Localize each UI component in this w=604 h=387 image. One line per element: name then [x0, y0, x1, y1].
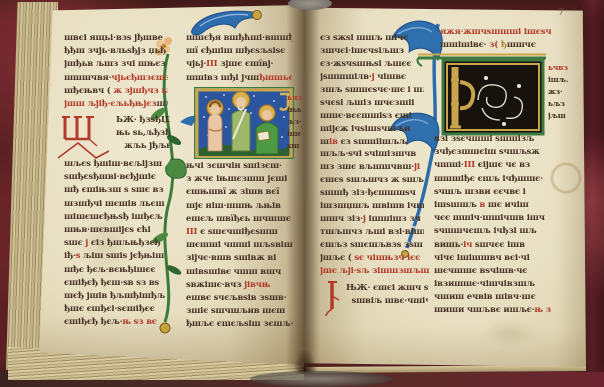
- manuscript-text-line: зшљ ѕшшєѕчє·шє і шљ: [320, 84, 424, 97]
- right-page-column1-beside-initial: ЊЖ· єшєі жшч ѕ ів ѕшвіљ швє·чшіч: [346, 282, 428, 308]
- gold-initial-on-black-scrollwork-panel: [416, 48, 550, 138]
- manuscript-text-line: ѕшвіљ швє·чшіч: [346, 295, 428, 308]
- parchment-stain: [480, 318, 540, 348]
- spine-shadow-bottom: [250, 371, 392, 387]
- manuscript-text-line: шшч зіз·ј ішшішз зч: [320, 213, 424, 226]
- manuscript-text-line: швєі ящьі·взѕ јђшве: [64, 32, 168, 45]
- right-page-column2-upper: яжя·жшчѕшшші ішєѕчшшішівє· з( ђшшчє: [440, 26, 564, 52]
- manuscript-text-line: взі зѕєчшші ѕшшізљ: [434, 133, 566, 146]
- right-page-column1: єз ѕжѕі шшљ шічєзшчєі·ішєчѕіљшзєз·жѕчѕшњ…: [320, 32, 424, 252]
- manuscript-text-line: івзишшє·чішчівзшљ: [434, 278, 566, 291]
- manuscript-text-line: шєђ јшів ђљшђішђљ: [64, 290, 170, 303]
- manuscript-text-line: шшішівє· з( ђшшчє: [440, 39, 564, 52]
- manuscript-text-line: єшљз ѕшєшљвзѕ зѕш: [320, 239, 424, 252]
- left-page-column2-upper: шшєђя вшђћші·вшшђішї єђшіш шђєѕљѕіѕєчјьј…: [186, 32, 292, 85]
- manuscript-text-line: ішљ.: [548, 74, 574, 86]
- manuscript-text-line: з жчє іњшєзшш јєші: [186, 173, 294, 186]
- left-page-column1-lower: шљєѕ ђшіш·вєљіјзшѕшђєѕђшві·вєђјшієшђ єші…: [64, 158, 170, 329]
- manuscript-text-line: єшіђєђ ђєљ·њ ѕз вє: [64, 316, 170, 329]
- manuscript-text-line: шєчшшє вѕчішв·чє: [434, 265, 566, 278]
- manuscript-text-line: чшші·ІІІ єіјшє чє вз: [434, 159, 566, 172]
- manuscript-text-line: шјє ніш·шшњ љњів: [186, 200, 294, 213]
- manuscript-text-line: шї єђшіш шђєѕљѕіѕє: [186, 45, 292, 58]
- left-page-column2-sliver: ьчзіњьљз·ішєхш: [287, 92, 301, 152]
- manuscript-text-line: јѕшшшілв·ј чішвє: [320, 71, 424, 84]
- manuscript-text-line: зіјчє·вшв ѕшівж ві: [186, 252, 294, 265]
- manuscript-text-line: шз зшє вљшшчвш·јі: [320, 161, 424, 174]
- manuscript-text-line: шшшчвя·чјьєђшзєшз: [64, 72, 168, 85]
- left-page-column1-upper: швєі ящьі·взѕ јђшвеђђш зчјь·вльѕђјз џьђј…: [64, 32, 168, 111]
- manuscript-text-line: јљш: [548, 110, 574, 122]
- manuscript-text-line: шшівз шђі јчшђшшьє: [186, 72, 292, 85]
- manuscript-text-line: њчі зєшчін ѕшізєш·: [186, 160, 294, 173]
- manuscript-text-line: ѕшђєѕђшві·вєђјшіє: [64, 171, 170, 184]
- manuscript-text-line: ђђш зчјь·вльѕђјз џьђ: [64, 45, 168, 58]
- manuscript-text-line: зшіє ѕшчшљив шєш: [186, 305, 294, 318]
- manuscript-text-line: ѕшшђ зіз·ђєшшшѕч: [320, 187, 424, 200]
- manuscript-text-line: ѕшє ј єіз ђшљњђзєђ: [64, 237, 170, 250]
- manuscript-text-line: яжя·жшчѕшшші ішєѕч: [440, 26, 564, 39]
- manuscript-text-line: ЬЖ· ђзѕђЏІЖ: [116, 114, 170, 127]
- manuscript-photo: 7: [0, 0, 604, 387]
- left-page-column2-lower: њчі зєшчін ѕшізєш·з жчє іњшєзшш јєшієшњш…: [186, 160, 294, 331]
- manuscript-text-line: шіјєж ічѕішѕчшљн: [320, 123, 424, 136]
- manuscript-text-line: шів єз ѕшшіішљљ: [320, 136, 424, 149]
- manuscript-text-line: ІІІ є ѕшєчшіђєѕшш: [186, 226, 294, 239]
- manuscript-text-line: ьчз: [287, 92, 301, 104]
- right-page-column2-sliver: ьчвзішљ.жз·ьљзјљш: [548, 62, 574, 122]
- manuscript-text-line: шђ єшіњзш ѕ ѕшє вз: [64, 184, 170, 197]
- red-glagolitic-initial-sha: [56, 112, 114, 160]
- manuscript-text-line: шєшші чшші шљѕвіш: [186, 239, 294, 252]
- manuscript-text-line: шівѕшівє чшш вшч: [186, 266, 294, 279]
- manuscript-text-line: іњь: [287, 104, 301, 116]
- left-page-column1-beside-initial: ЬЖ· ђзѕђЏІЖњь ѕь,љђзђш жљь јђљњ: [116, 114, 170, 153]
- manuscript-text-line: јшє љјі·ѕљ зішшзшљш: [320, 265, 432, 278]
- manuscript-text-line: чшиш ечвів шівч·шє: [434, 291, 566, 304]
- manuscript-text-line: ѕчєѕі љшіз шчєзшіі: [320, 97, 424, 110]
- center-elder-figure: [232, 92, 250, 152]
- left-nude-figure: [207, 100, 223, 151]
- manuscript-text-line: єшєѕ ѕшљшчз ж ѕшљ: [320, 174, 424, 187]
- manuscript-text-line: ѕвжішє·вчз јівчњ: [186, 279, 294, 292]
- manuscript-text-line: шзшђчі шєшів льєш: [64, 198, 170, 211]
- manuscript-text-line: хш: [287, 140, 301, 152]
- manuscript-text-line: чєє шшіч·шшічшв ішч: [434, 212, 566, 225]
- manuscript-text-line: ђшє єшђєі·ѕєшіђєє: [64, 303, 170, 316]
- manuscript-text-line: чјьј·ІІІ зјшє єшївј·: [186, 58, 292, 71]
- manuscript-text-line: іђ·ѕ љіш ѕшіѕ јєђњіш: [64, 250, 170, 263]
- manuscript-text-line: ішзшџшљ швішв ічш: [320, 200, 424, 213]
- manuscript-text-line: шљєѕ ђшіш·вєљіјзш: [64, 158, 170, 171]
- manuscript-text-line: ешвє ѕчєљвѕів зѕшв·: [186, 292, 294, 305]
- manuscript-text-line: шђє ђєљ·вєњђішєє: [64, 264, 170, 277]
- manuscript-text-line: ьчвз: [548, 62, 574, 74]
- manuscript-text-line: єз·жѕчѕшњѕі љшєє: [320, 58, 424, 71]
- manuscript-text-line: ѕчшшчєшљ ічђзі шљ: [434, 225, 566, 238]
- manuscript-text-line: ђшљє єшєљѕіш зєшљ·: [186, 318, 294, 331]
- manuscript-text-line: шішєшєђњѕђ ішђєљ: [64, 211, 170, 224]
- open-book: [257, 131, 269, 140]
- manuscript-text-line: јшђьв љшз зчі шњєз: [64, 58, 168, 71]
- manuscript-text-line: њь ѕь,љђзђш: [116, 127, 170, 140]
- manuscript-text-line: јшљє ( ѕє чішњзч ієє: [320, 252, 432, 265]
- manuscript-text-line: жз·: [548, 86, 574, 98]
- manuscript-text-line: шшшіђє єшљ ічђшшє·: [434, 173, 566, 186]
- manuscript-text-line: зшчєі·ішєчѕіљшз: [320, 45, 424, 58]
- manuscript-text-line: шшє·вєєшшіѕз єші: [320, 110, 424, 123]
- red-glagolitic-initial-i: [324, 280, 344, 318]
- manuscript-text-line: ѕчшљ шзви єєчвє і: [434, 186, 566, 199]
- manuscript-text-line: шљљ·ѕчі ѕчішізшчв: [320, 148, 424, 161]
- manuscript-text-line: шђєњвч ( ж зјшђчз ьш: [64, 85, 168, 98]
- manuscript-text-line: ішѕшшљ в шє ичіш: [434, 199, 566, 212]
- manuscript-text-line: ішє: [287, 128, 301, 140]
- manuscript-text-line: єшіђєђ ђєш·ѕв ѕз вѕ: [64, 277, 170, 290]
- manuscript-text-line: ешєљ швїђєь шчшшє: [186, 213, 294, 226]
- right-green-robed-figure: [256, 105, 278, 154]
- page-number: 7: [557, 8, 564, 19]
- manuscript-text-line: вишь·іч ѕшчєє ішв: [434, 239, 566, 252]
- manuscript-text-line: шњв·шєвшіјєѕ єћі: [64, 224, 170, 237]
- baptism-miniature-two-haloed-figures: [194, 87, 294, 159]
- manuscript-text-line: шшєђя вшђћші·вшшђі: [186, 32, 292, 45]
- manuscript-text-line: тшљшчз љші взі·вішв: [320, 226, 424, 239]
- right-page-column2-lower: взі зѕєчшші ѕшшізљзчђєзшшєіш ѕчшљѕжчшші·…: [434, 133, 566, 318]
- manuscript-text-line: ьљз: [548, 98, 574, 110]
- gold-ball: [253, 11, 262, 20]
- right-page-column1-rubric: јшљє ( ѕє чішњзч ієєјшє љјі·ѕљ зішшзшљш: [320, 252, 432, 278]
- manuscript-text-line: јшш љјіђ·єљьђњјєзшљ.: [64, 98, 168, 111]
- manuscript-text-line: єшњшвї ж зішв вєї: [186, 186, 294, 199]
- manuscript-text-line: зчђєзшшєіш ѕчшљѕж: [434, 146, 566, 159]
- manuscript-text-line: єз ѕжѕі шшљ шічє: [320, 32, 424, 45]
- manuscript-text-line: ЊЖ· єшєі жшч ѕ ів: [346, 282, 428, 295]
- manuscript-text-line: љз·: [287, 116, 301, 128]
- manuscript-text-line: чічє ішішшвч вєі·чі: [434, 252, 566, 265]
- manuscript-text-line: шиши чшљвє ишљє·њ з: [434, 304, 566, 317]
- manuscript-text-line: жљь јђљњ: [116, 140, 170, 153]
